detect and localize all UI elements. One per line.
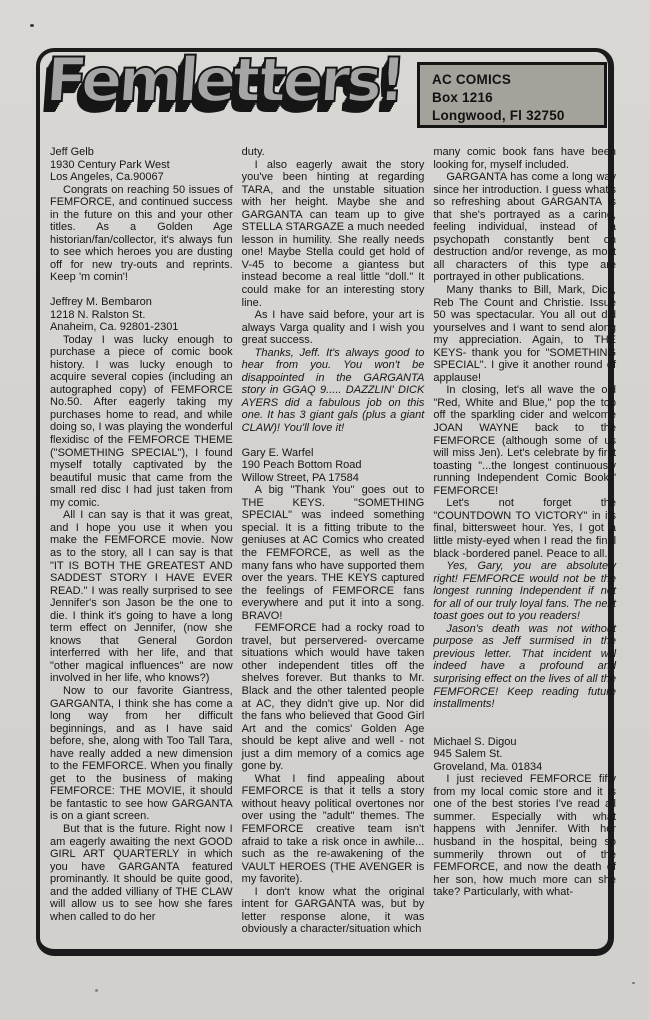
- scan-speck: [30, 24, 34, 27]
- address-line: 945 Salem St.: [433, 748, 616, 761]
- letter-writer-address-block: Gary E. Warfel190 Peach Bottom RoadWillo…: [242, 447, 425, 485]
- scan-speck: [95, 989, 98, 992]
- masthead: Femletters!: [46, 50, 416, 145]
- publisher-address-box: AC COMICS Box 1216 Longwood, Fl 32750: [417, 62, 607, 128]
- letter-paragraph: Congrats on reaching 50 issues of FEMFOR…: [50, 184, 233, 284]
- letter-writer-address-block: Jeffrey M. Bembaron1218 N. Ralston St.An…: [50, 296, 233, 334]
- letter-column-1: Jeff Gelb1930 Century Park WestLos Angel…: [50, 146, 233, 958]
- letter-paragraph: I don't know what the original intent fo…: [242, 886, 425, 936]
- letter-writer-address-block: Michael S. Digou945 Salem St.Groveland, …: [433, 736, 616, 774]
- letter-paragraph: duty.: [242, 146, 425, 159]
- letter-paragraph: In closing, let's all wave the old "Red,…: [433, 384, 616, 497]
- address-line: Jeff Gelb: [50, 146, 233, 159]
- address-line: Los Angeles, Ca.90067: [50, 171, 233, 184]
- masthead-title: Femletters!: [44, 50, 405, 111]
- publisher-po-box: Box 1216: [432, 89, 600, 107]
- address-line: Gary E. Warfel: [242, 447, 425, 460]
- letter-paragraph: A big "Thank You" goes out to THE KEYS. …: [242, 484, 425, 622]
- letters-columns: Jeff Gelb1930 Century Park WestLos Angel…: [50, 146, 616, 958]
- letter-paragraph: I also eagerly await the story you've be…: [242, 159, 425, 310]
- letter-paragraph: All I can say is that it was great, and …: [50, 509, 233, 685]
- editor-response-paragraph: Jason's death was not without purpose as…: [433, 623, 616, 711]
- address-line: 190 Peach Bottom Road: [242, 459, 425, 472]
- letter-paragraph: But that is the future. Right now I am e…: [50, 823, 233, 923]
- letter-column-3: many comic book fans have been looking f…: [433, 146, 616, 958]
- address-line: Jeffrey M. Bembaron: [50, 296, 233, 309]
- scan-speck: [632, 982, 635, 984]
- letter-paragraph: I just recieved FEMFORCE fifty from my l…: [433, 773, 616, 898]
- letter-paragraph: As I have said before, your art is alway…: [242, 309, 425, 347]
- scanned-letters-page: { "page": { "masthead": { "title": "Feml…: [0, 0, 649, 1020]
- address-line: 1218 N. Ralston St.: [50, 309, 233, 322]
- editor-response-paragraph: Yes, Gary, you are absolutely right! FEM…: [433, 560, 616, 623]
- publisher-city: Longwood, Fl 32750: [432, 107, 600, 125]
- editor-response-paragraph: Thanks, Jeff. It's always good to hear f…: [242, 347, 425, 435]
- address-line: 1930 Century Park West: [50, 159, 233, 172]
- letter-paragraph: Many thanks to Bill, Mark, Dick, Reb The…: [433, 284, 616, 384]
- address-line: Groveland, Ma. 01834: [433, 761, 616, 774]
- letter-paragraph: Now to our favorite Giantress, GARGANTA,…: [50, 685, 233, 823]
- letter-paragraph: What I find appealing about FEMFORCE is …: [242, 773, 425, 886]
- publisher-name: AC COMICS: [432, 71, 600, 89]
- address-line: Anaheim, Ca. 92801-2301: [50, 321, 233, 334]
- address-line: Willow Street, PA 17584: [242, 472, 425, 485]
- letter-writer-address-block: Jeff Gelb1930 Century Park WestLos Angel…: [50, 146, 233, 184]
- letter-paragraph: FEMFORCE had a rocky road to travel, but…: [242, 622, 425, 773]
- letter-paragraph: Let's not forget the "COUNTDOWN TO VICTO…: [433, 497, 616, 560]
- letter-paragraph: GARGANTA has come a long way since her i…: [433, 171, 616, 284]
- address-line: Michael S. Digou: [433, 736, 616, 749]
- letter-column-2: duty.I also eagerly await the story you'…: [242, 146, 425, 958]
- letter-paragraph: Today I was lucky enough to purchase a p…: [50, 334, 233, 510]
- letter-paragraph: many comic book fans have been looking f…: [433, 146, 616, 171]
